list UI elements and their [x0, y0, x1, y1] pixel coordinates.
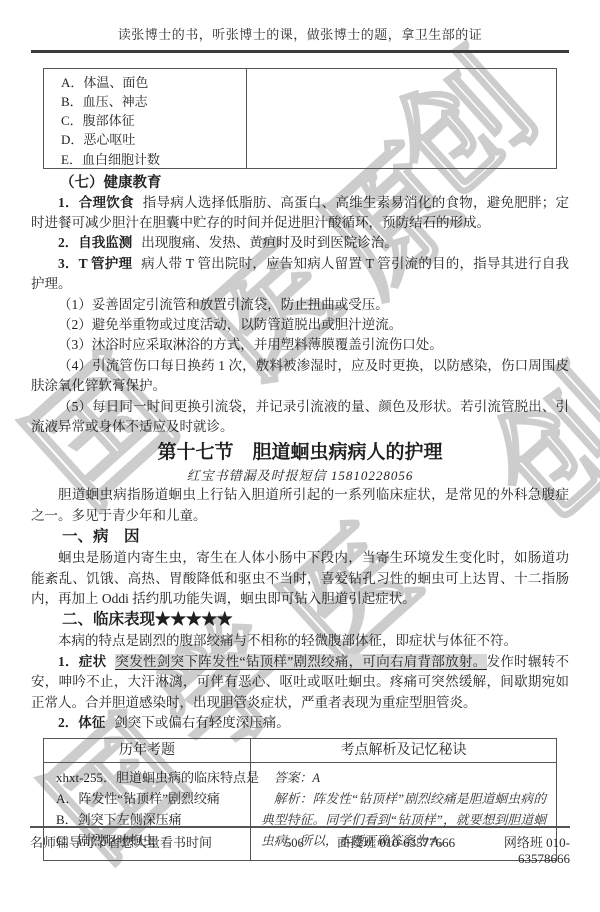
option-d: D．恶心呕吐 — [61, 130, 246, 149]
errata-hotline: 红宝书错漏及时报短信 15810228056 — [31, 467, 569, 485]
clinical-heading: 二、临床表现★★★★★ — [31, 609, 569, 631]
health-education-item: 2．自我监测出现腹痛、发热、黄疸时及时到医院诊治。 — [31, 233, 569, 253]
footer-slogan: 名师辅导可节省您大量看书时间 — [30, 832, 285, 851]
footer-rule — [30, 826, 570, 828]
options-table-empty-cell — [247, 69, 556, 168]
symptom-paragraph: 1．症状突发性剑突下阵发性“钻顶样”剧烈绞痛，可向右肩背部放射。发作时辗转不安，… — [31, 652, 569, 713]
cause-text: 蛔虫是肠道内寄生虫，寄生在人体小肠中下段内，当寄生环境发生变化时，如肠道功能紊乱… — [31, 548, 569, 609]
option-c: C．腹部体征 — [61, 111, 246, 130]
options-table-cell: A．体温、面色 B．血压、神志 C．腹部体征 D．恶心呕吐 E．血白细胞计数 — [44, 69, 247, 168]
sign-text: 剑突下或偏右有轻度深压痛。 — [114, 715, 290, 730]
exam-table-col2-header: 考点解析及记忆秘诀 — [251, 739, 556, 762]
options-table: A．体温、面色 B．血压、神志 C．腹部体征 D．恶心呕吐 E．血白细胞计数 — [43, 68, 557, 169]
health-education-subitem: （1）妥善固定引流管和放置引流袋，防止扭曲或受压。 — [31, 295, 569, 315]
health-education-subitem: （5）每日同一时间更换引流袋，并记录引流液的量、颜色及形状。若引流管脱出、引流液… — [31, 397, 569, 438]
question-option-a: A．阵发性“钻顶样”剧烈绞痛 — [56, 789, 244, 810]
exam-table-header: 历年考题 考点解析及记忆秘诀 — [44, 739, 556, 763]
header-rule — [31, 50, 569, 53]
sign-paragraph: 2．体征剑突下或偏右有轻度深压痛。 — [31, 713, 569, 733]
exam-table-col1-header: 历年考题 — [44, 739, 251, 762]
item-text: 出现腹痛、发热、黄疸时及时到医院诊治。 — [141, 235, 398, 250]
health-education-item: 1．合理饮食指导病人选择低脂肪、高蛋白、高维生素易消化的食物，避免肥胖；定时进餐… — [31, 193, 569, 234]
book-page: 原 创 医 国 创 医 学 国 读张博士的书，听张博士的课，做张博士的题，拿卫生… — [0, 0, 600, 912]
symptom-label: 1．症状 — [58, 654, 106, 669]
option-e: E．血白细胞计数 — [61, 150, 246, 169]
section-title: 第十七节 胆道蛔虫病病人的护理 — [31, 440, 569, 465]
health-education-subitem: （3）沐浴时应采取淋浴的方式，并用塑料薄膜覆盖引流伤口处。 — [31, 335, 569, 355]
page-number: 506 — [285, 836, 337, 851]
footer-phone-online: 网络班 010-63578666 — [477, 832, 570, 867]
health-education-subitem: （4）引流管伤口每日换药 1 次，敷料被渗湿时，应及时更换，以防感染，伤口周围皮… — [31, 356, 569, 397]
page-footer: 名师辅导可节省您大量看书时间 506 面授班 010-63577666 网络班 … — [30, 826, 570, 867]
sign-label: 2．体征 — [58, 715, 105, 730]
item-label: 3．T 管护理 — [58, 256, 132, 271]
clinical-intro: 本病的特点是剧烈的腹部绞痛与不相称的轻微腹部体征，即症状与体征不符。 — [31, 631, 569, 651]
answer-line: 答案：A — [261, 768, 546, 789]
page-header-slogan: 读张博士的书，听张博士的课，做张博士的题，拿卫生部的证 — [31, 26, 569, 44]
symptom-highlight: 突发性剑突下阵发性“钻顶样”剧烈绞痛，可向右肩背部放射。 — [115, 654, 486, 670]
option-b: B．血压、神志 — [61, 92, 246, 111]
health-education-heading: （七）健康教育 — [31, 173, 569, 193]
item-label: 1．合理饮食 — [58, 195, 134, 210]
question-stem: xhxt-255．胆道蛔虫病的临床特点是 — [56, 768, 244, 789]
health-education-subitem: （2）避免举重物或过度活动，以防管道脱出或胆汁逆流。 — [31, 315, 569, 335]
footer-phone-onsite: 面授班 010-63577666 — [337, 832, 477, 851]
item-label: 2．自我监测 — [58, 235, 132, 250]
option-a: A．体温、面色 — [61, 73, 246, 92]
section-intro: 胆道蛔虫病指肠道蛔虫上行钻入胆道所引起的一系列临床症状，是常见的外科急腹症之一。… — [31, 485, 569, 526]
health-education-item: 3．T 管护理病人带 T 管出院时，应告知病人留置 T 管引流的目的，指导其进行… — [31, 254, 569, 295]
cause-heading: 一、病 因 — [31, 526, 569, 548]
